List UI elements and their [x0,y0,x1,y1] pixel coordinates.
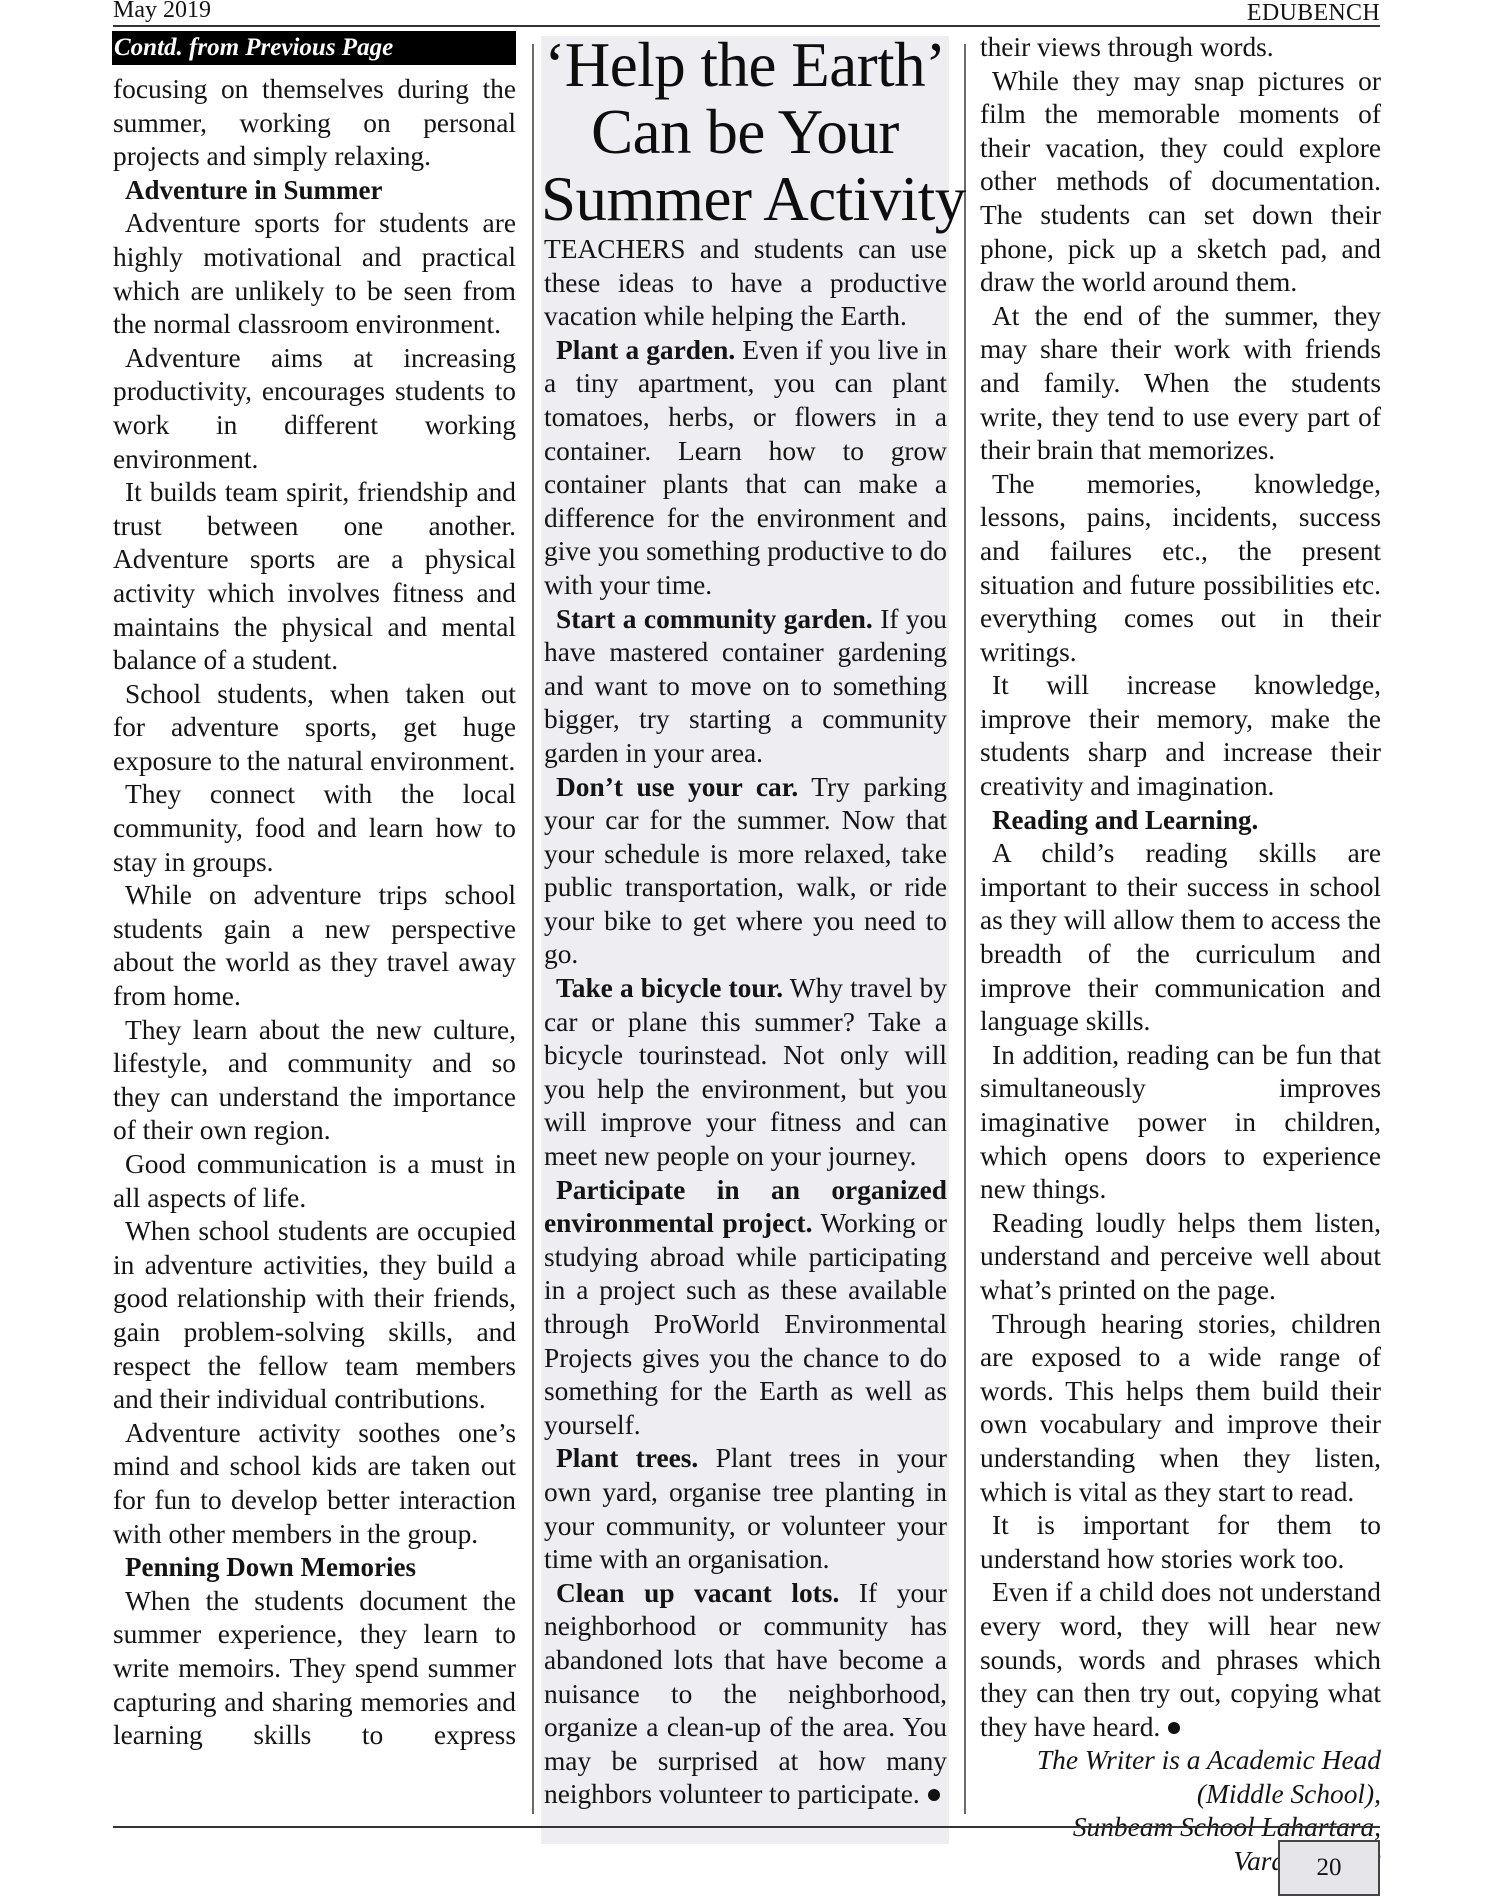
tip-paragraph: Participate in an organized environmenta… [544,1174,947,1443]
tip-title: Don’t use your car. [556,772,798,802]
paragraph: Adventure aims at increasing productivit… [113,342,516,476]
paragraph: It is important for them to understand h… [980,1509,1381,1576]
paragraph: Adventure activity soothes one’s mind an… [113,1417,516,1551]
paragraph: School students, when taken out for adve… [113,678,516,779]
tip-title: Take a bicycle tour. [556,973,783,1003]
paragraph: A child’s reading skills are important t… [980,837,1381,1039]
article-intro: TEACHERS and students can use these idea… [544,233,947,334]
headline-line: Can be Your [541,99,949,166]
paragraph: While on adventure trips school students… [113,879,516,1013]
right-column: their views through words. While they ma… [980,31,1381,1879]
tip-title: Clean up vacant lots. [556,1578,839,1608]
column-divider-right [964,44,966,1814]
issue-date: May 2019 [113,0,211,24]
paragraph: In addition, reading can be fun that sim… [980,1039,1381,1207]
paragraph: When school students are occupied in adv… [113,1215,516,1417]
paragraph: It builds team spirit, friendship and tr… [113,476,516,678]
author-byline-line: The Writer is a Academic Head [980,1744,1381,1778]
continued-text: their views through words. [980,31,1381,65]
paragraph: Through hearing stories, children are ex… [980,1308,1381,1510]
end-mark-icon [928,1789,940,1801]
header-rule [113,25,1380,27]
tip-paragraph: Start a community garden. If you have ma… [544,603,947,771]
paragraph: Reading loudly helps them listen, unders… [980,1207,1381,1308]
headline-line: ‘Help the Earth’ [541,32,949,99]
paragraph: When the students document the summer ex… [113,1585,516,1753]
continued-text: focusing on themselves during the summer… [113,73,516,174]
author-byline-line: (Middle School), [980,1778,1381,1812]
paragraph: Good communication is a must in all aspe… [113,1148,516,1215]
headline-line: Summer Activity [541,166,949,233]
paragraph: While they may snap pictures or film the… [980,65,1381,300]
tip-paragraph: Clean up vacant lots. If your neighborho… [544,1577,947,1812]
left-column: focusing on themselves during the summer… [113,73,516,1753]
tip-text: If your neighborhood or community has ab… [544,1578,947,1810]
publication-name: EDUBENCH [1247,0,1380,27]
tip-title: Plant a garden. [556,335,735,365]
tip-text: Working or studying abroad while partici… [544,1208,947,1440]
paragraph: Adventure sports for students are highly… [113,207,516,341]
tip-title: Start a community garden. [556,604,873,634]
continued-label: Contd. from Previous Page [112,31,516,65]
paragraph: At the end of the summer, they may share… [980,300,1381,468]
middle-column: TEACHERS and students can use these idea… [544,233,947,1812]
tip-paragraph: Take a bicycle tour. Why travel by car o… [544,972,947,1174]
paragraph: The memories, knowledge, lessons, pains,… [980,468,1381,670]
section-heading-reading: Reading and Learning. [980,804,1381,838]
section-heading-memories: Penning Down Memories [113,1551,516,1585]
article-headline: ‘Help the Earth’ Can be Your Summer Acti… [541,32,949,233]
column-divider-left [532,44,534,1814]
tip-paragraph: Plant trees. Plant trees in your own yar… [544,1442,947,1576]
paragraph: They learn about the new culture, lifest… [113,1014,516,1148]
tip-paragraph: Don’t use your car. Try parking your car… [544,771,947,973]
tip-text: Even if you live in a tiny apartment, yo… [544,335,947,600]
section-heading-adventure: Adventure in Summer [113,174,516,208]
footer-rule [113,1826,1380,1828]
paragraph: Even if a child does not understand ever… [980,1576,1381,1744]
paragraph: It will increase knowledge, improve thei… [980,669,1381,803]
paragraph-text: Even if a child does not understand ever… [980,1577,1381,1741]
paragraph: They connect with the local community, f… [113,778,516,879]
end-mark-icon [1168,1722,1180,1734]
tip-title: Plant trees. [556,1443,698,1473]
page-number: 20 [1278,1840,1380,1896]
tip-paragraph: Plant a garden. Even if you live in a ti… [544,334,947,603]
